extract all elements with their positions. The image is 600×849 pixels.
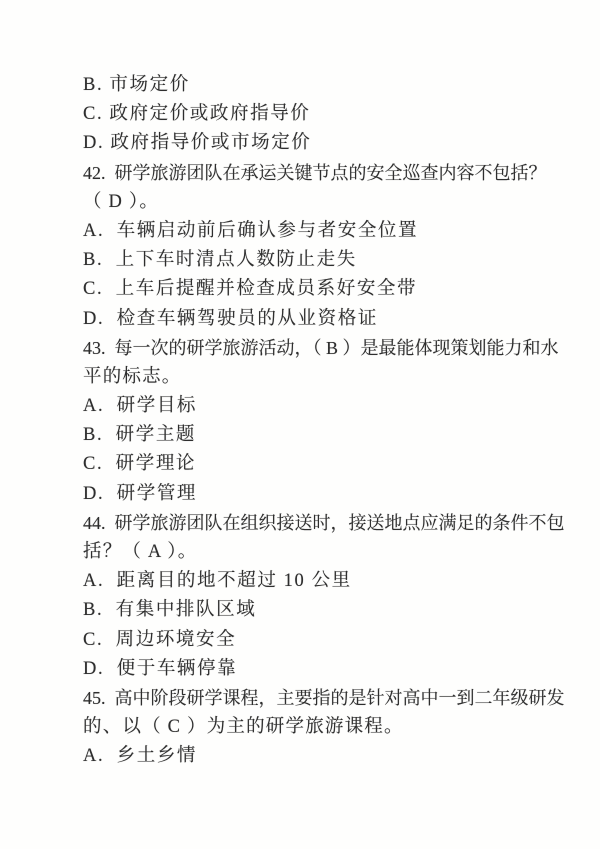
option-line: B. 研学主题 xyxy=(83,421,553,450)
option-line: D. 便于车辆停靠 xyxy=(83,655,553,684)
question-continuation-line: 括？（ A ）。 xyxy=(83,538,553,567)
option-line: C. 上车后提醒并检查成员系好安全带 xyxy=(83,275,553,304)
option-line: D. 研学管理 xyxy=(83,480,553,509)
option-line: A. 距离目的地不超过 10 公里 xyxy=(83,567,553,596)
option-line: B. 有集中排队区域 xyxy=(83,596,553,625)
text-block: B. 市场定价C. 政府定价或政府指导价D. 政府指导价或市场定价42. 研学旅… xyxy=(83,71,553,772)
option-line: C. 政府定价或政府指导价 xyxy=(83,100,553,129)
question-continuation-line: （ D ）。 xyxy=(83,188,553,217)
question-line: 45. 高中阶段研学课程，主要指的是针对高中一到二年级研发 xyxy=(83,684,553,713)
question-continuation-line: 的、以（ C ）为主的研学旅游课程。 xyxy=(83,713,553,742)
question-line: 42. 研学旅游团队在承运关键节点的安全巡查内容不包括？ xyxy=(83,159,553,188)
option-line: C. 研学理论 xyxy=(83,450,553,479)
option-line: A. 乡土乡情 xyxy=(83,742,553,771)
option-line: C. 周边环境安全 xyxy=(83,626,553,655)
option-line: D. 政府指导价或市场定价 xyxy=(83,129,553,158)
question-line: 44. 研学旅游团队在组织接送时，接送地点应满足的条件不包 xyxy=(83,509,553,538)
option-line: A. 研学目标 xyxy=(83,392,553,421)
option-line: B. 市场定价 xyxy=(83,71,553,100)
document-page: B. 市场定价C. 政府定价或政府指导价D. 政府指导价或市场定价42. 研学旅… xyxy=(0,0,600,849)
option-line: B. 上下车时清点人数防止走失 xyxy=(83,246,553,275)
question-continuation-line: 平的标志。 xyxy=(83,363,553,392)
option-line: D. 检查车辆驾驶员的从业资格证 xyxy=(83,305,553,334)
option-line: A. 车辆启动前后确认参与者安全位置 xyxy=(83,217,553,246)
question-line: 43. 每一次的研学旅游活动，（ B ）是最能体现策划能力和水 xyxy=(83,334,553,363)
